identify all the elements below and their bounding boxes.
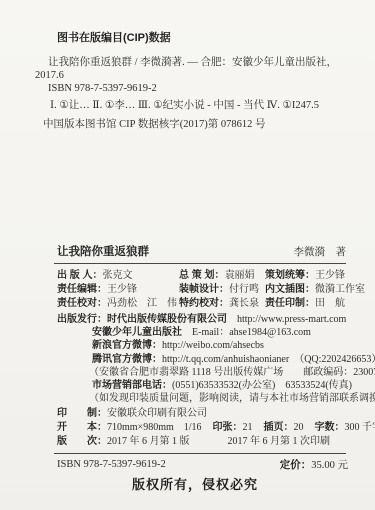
cip-entry-line2: 2017.6	[35, 69, 355, 82]
credit-cell-chief-planner: 总 策 划：袁丽娟	[179, 269, 265, 283]
words-item: 字数：300 千字	[315, 421, 375, 435]
cip-data-block: 图书在版编目(CIP)数据 让我陪你重返狼群 / 李微漪著. — 合肥：安徽少年…	[35, 32, 355, 131]
price-value: 35.00 元	[311, 460, 348, 471]
credit-value: 田 航	[315, 298, 345, 309]
credit-cell-illustrations: 内文插图：微漪工作室	[265, 283, 365, 297]
cip-entry-line1: 让我陪你重返狼群 / 李微漪著. — 合肥：安徽少年儿童出版社，	[48, 56, 355, 69]
qq-weibo-url: http://t.qq.com/anhuishaonianer （QQ:2202…	[162, 354, 375, 365]
format-label: 开 本：	[57, 422, 107, 433]
publisher-label: 出版发行：	[57, 314, 107, 325]
cip-record-number: 中国版本图书馆 CIP 数据核字(2017)第 078612 号	[43, 118, 355, 131]
format-value: 710mm×980mm 1/16	[107, 422, 202, 433]
book-author: 李微漪 著	[294, 246, 347, 259]
printing-block: 印 制：安徽联众印刷有限公司 开 本：710mm×980mm 1/16 印张：2…	[57, 407, 348, 449]
credit-label: 总 策 划：	[179, 270, 225, 281]
edition-label: 版 次：	[57, 436, 107, 447]
credit-cell-publisher-person: 出 版 人：张克文	[57, 269, 179, 283]
format-item: 开 本：710mm×980mm 1/16	[57, 421, 202, 435]
publisher-email: E-mail：ahse1984@163.com	[192, 327, 311, 338]
publisher-line: 安徽少年儿童出版社 E-mail：ahse1984@163.com	[92, 326, 348, 339]
printer-label: 印 制：	[57, 408, 107, 419]
credit-label: 特约校对：	[179, 298, 229, 309]
isbn-number: ISBN 978-7-5397-9619-2	[57, 458, 166, 473]
credit-label: 策划统筹：	[265, 270, 315, 281]
edition-value: 2017 年 6 月第 1 版	[107, 436, 190, 447]
credit-cell-print-supervisor: 责任印制：田 航	[265, 297, 348, 311]
weibo-label: 新浪官方微博：	[92, 340, 162, 351]
credit-value: 张克文	[103, 270, 133, 281]
impression-value: 2017 年 6 月第 1 次印刷	[228, 435, 331, 449]
book-title: 让我陪你重返狼群	[57, 246, 149, 259]
copyright-notice: 版权所有，侵权必究	[42, 478, 348, 491]
sheets-value: 21	[243, 422, 253, 433]
printer-line: 印 制：安徽联众印刷有限公司	[57, 407, 348, 421]
publisher-line: 新浪官方微博：http://weibo.com/ahsecbs	[92, 339, 348, 352]
cip-classification: Ⅰ. ①让… Ⅱ. ①李… Ⅲ. ①纪实小说 - 中国 - 当代 Ⅳ. ①I24…	[50, 99, 355, 112]
credit-label: 责任校对：	[57, 298, 107, 309]
printer-value: 安徽联众印刷有限公司	[107, 408, 207, 419]
inserts-value: 20	[294, 422, 304, 433]
credit-cell-designer: 装帧设计：付行鸣	[179, 283, 265, 297]
publisher-line: 腾讯官方微博：http://t.qq.com/anhuishaonianer （…	[92, 353, 348, 366]
credit-value: 王少锋	[107, 284, 137, 295]
inserts-label: 插页：	[264, 422, 294, 433]
qq-weibo-label: 腾讯官方微博：	[92, 354, 162, 365]
edition-item: 版 次：2017 年 6 月第 1 版	[57, 435, 190, 449]
title-row: 让我陪你重返狼群 李微漪 著	[42, 246, 348, 259]
inserts-item: 插页：20	[264, 421, 304, 435]
credit-cell-proofreaders: 责任校对：冯劲松 江 伟	[57, 297, 179, 311]
credits-grid: 出 版 人：张克文 总 策 划：袁丽娟 策划统筹：王少锋 责任编辑：王少锋 装帧…	[57, 269, 348, 311]
sheets-label: 印张：	[213, 422, 243, 433]
edition-line: 版 次：2017 年 6 月第 1 版 2017 年 6 月第 1 次印刷	[57, 435, 348, 449]
words-value: 300 千字	[345, 422, 375, 433]
quality-notice: （如发现印装质量问题，影响阅读，请与本社市场营销部联系调换）	[89, 392, 348, 405]
credit-value: 王少锋	[315, 270, 345, 281]
isbn-price-row: ISBN 978-7-5397-9619-2 定价：35.00 元	[57, 458, 348, 473]
credit-row: 责任校对：冯劲松 江 伟 特约校对：龚长泉 责任印制：田 航	[57, 297, 348, 311]
publisher-block: 出版发行：时代出版传媒股份有限公司 http://www.press-mart.…	[42, 313, 348, 405]
publisher-company: 时代出版传媒股份有限公司	[107, 314, 227, 325]
credit-label: 责任编辑：	[57, 284, 107, 295]
credit-value: 冯劲松 江 伟	[107, 298, 177, 309]
publisher-line: 市场营销部电话：(0551)63533532(办公室) 63533524(传真)	[92, 379, 348, 392]
credit-label: 装帧设计：	[179, 284, 229, 295]
weibo-url: http://weibo.com/ahsecbs	[162, 340, 264, 351]
credit-cell-planning-coordinator: 策划统筹：王少锋	[265, 269, 348, 283]
credit-value: 付行鸣	[229, 284, 259, 295]
publisher-line: 出版发行：时代出版传媒股份有限公司 http://www.press-mart.…	[57, 313, 348, 326]
price-item: 定价：35.00 元	[280, 458, 348, 473]
title-divider-rule	[54, 263, 346, 264]
colophon-block: 让我陪你重返狼群 李微漪 著 出 版 人：张克文 总 策 划：袁丽娟 策划统筹：…	[42, 246, 348, 491]
format-line: 开 本：710mm×980mm 1/16 印张：21 插页：20 字数：300 …	[57, 421, 348, 435]
credit-value: 龚长泉	[229, 298, 259, 309]
cip-isbn: ISBN 978-7-5397-9619-2	[48, 82, 355, 95]
credit-row: 出 版 人：张克文 总 策 划：袁丽娟 策划统筹：王少锋	[57, 269, 348, 283]
credit-cell-editor: 责任编辑：王少锋	[57, 283, 179, 297]
credit-value: 袁丽娟	[225, 270, 255, 281]
footer-divider-rule	[54, 453, 346, 454]
credit-value: 微漪工作室	[315, 284, 365, 295]
publisher-address: （安徽省合肥市翡翠路 1118 号出版传媒广场 邮政编码：230071）	[89, 366, 348, 379]
sheets-item: 印张：21	[213, 421, 253, 435]
credit-label: 内文插图：	[265, 284, 315, 295]
words-label: 字数：	[315, 422, 345, 433]
credit-label: 出 版 人：	[57, 270, 103, 281]
price-label: 定价：	[280, 459, 312, 471]
marketing-phone-label: 市场营销部电话：	[92, 380, 172, 391]
publisher-imprint: 安徽少年儿童出版社	[92, 327, 182, 338]
publisher-url: http://www.press-mart.com	[237, 314, 346, 325]
credit-label: 责任印制：	[265, 298, 315, 309]
book-copyright-page: 图书在版编目(CIP)数据 让我陪你重返狼群 / 李微漪著. — 合肥：安徽少年…	[0, 0, 375, 510]
marketing-phone-value: (0551)63533532(办公室) 63533524(传真)	[172, 380, 352, 391]
credit-row: 责任编辑：王少锋 装帧设计：付行鸣 内文插图：微漪工作室	[57, 283, 348, 297]
credit-cell-special-proofreader: 特约校对：龚长泉	[179, 297, 265, 311]
cip-heading: 图书在版编目(CIP)数据	[57, 32, 355, 45]
